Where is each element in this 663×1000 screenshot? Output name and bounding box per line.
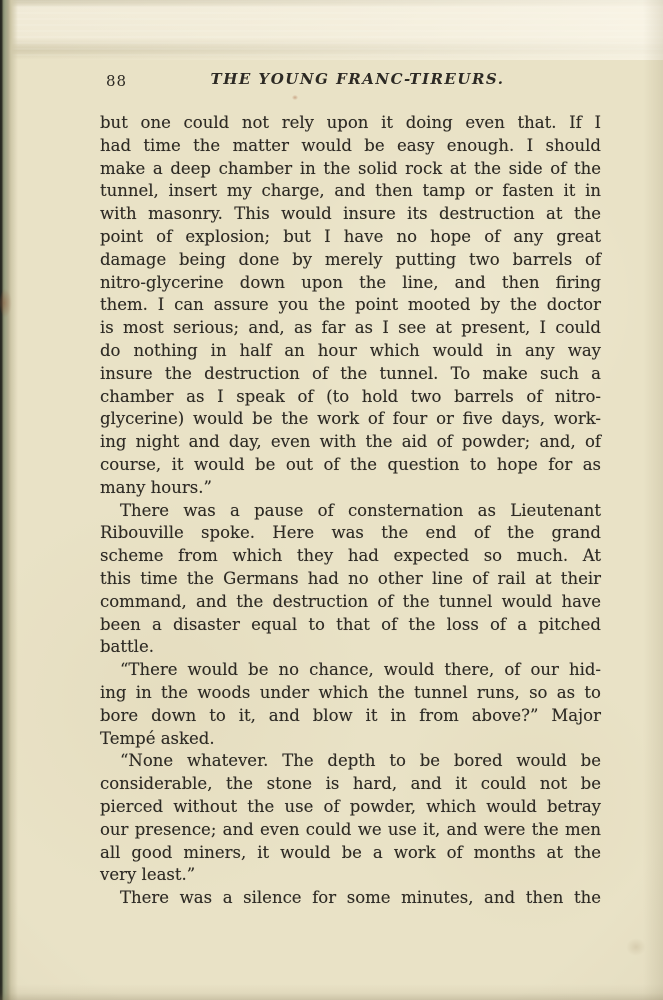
paragraph: “There would be no chance, would there, … — [100, 659, 601, 750]
text-line: There was a pause of consternation as Li… — [100, 500, 601, 523]
text-line: Tempé asked. — [100, 728, 601, 751]
book-spine-edge — [0, 0, 18, 1000]
text-line: battle. — [100, 636, 601, 659]
page-top-edge — [0, 0, 663, 60]
text-line: chamber as I speak of (to hold two barre… — [100, 386, 601, 409]
text-line: make a deep chamber in the solid rock at… — [100, 158, 601, 181]
text-line: considerable, the stone is hard, and it … — [100, 773, 601, 796]
text-line: point of explosion; but I have no hope o… — [100, 226, 601, 249]
paragraph: but one could not rely upon it doing eve… — [100, 112, 601, 500]
page-bottom-edge — [0, 984, 663, 1000]
text-line: “There would be no chance, would there, … — [100, 659, 601, 682]
text-line: “None whatever. The depth to be bored wo… — [100, 750, 601, 773]
spine-stain — [0, 288, 12, 318]
foxing-speck — [292, 95, 298, 100]
text-line: do nothing in half an hour which would i… — [100, 340, 601, 363]
page-header: 88 THE YOUNG FRANC-TIREURS. — [100, 70, 601, 94]
page-number: 88 — [106, 72, 127, 90]
text-line: insure the destruction of the tunnel. To… — [100, 363, 601, 386]
page-right-edge — [643, 0, 663, 1000]
paragraph: There was a pause of consternation as Li… — [100, 500, 601, 660]
text-line: been a disaster equal to that of the los… — [100, 614, 601, 637]
page-text: but one could not rely upon it doing eve… — [100, 112, 601, 910]
text-line: had time the matter would be easy enough… — [100, 135, 601, 158]
text-line: them. I can assure you the point mooted … — [100, 294, 601, 317]
text-line: is most serious; and, as far as I see at… — [100, 317, 601, 340]
paragraph: “None whatever. The depth to be bored wo… — [100, 750, 601, 887]
text-line: ing in the woods under which the tunnel … — [100, 682, 601, 705]
book-page-scan: 88 THE YOUNG FRANC-TIREURS. but one coul… — [0, 0, 663, 1000]
text-line: nitro-glycerine down upon the line, and … — [100, 272, 601, 295]
text-line: There was a silence for some minutes, an… — [100, 887, 601, 910]
paragraph: There was a silence for some minutes, an… — [100, 887, 601, 910]
running-header: THE YOUNG FRANC-TIREURS. — [100, 70, 601, 88]
corner-stain — [626, 938, 646, 956]
text-line: glycerine) would be the work of four or … — [100, 408, 601, 431]
text-line: tunnel, insert my charge, and then tamp … — [100, 180, 601, 203]
text-line: pierced without the use of powder, which… — [100, 796, 601, 819]
text-line: many hours.” — [100, 477, 601, 500]
text-line: all good miners, it would be a work of m… — [100, 842, 601, 865]
text-line: very least.” — [100, 864, 601, 887]
text-line: Ribouville spoke. Here was the end of th… — [100, 522, 601, 545]
text-line: scheme from which they had expected so m… — [100, 545, 601, 568]
text-line: bore down to it, and blow it in from abo… — [100, 705, 601, 728]
text-line: damage being done by merely putting two … — [100, 249, 601, 272]
text-line: with masonry. This would insure its dest… — [100, 203, 601, 226]
text-line: our presence; and even could we use it, … — [100, 819, 601, 842]
text-line: this time the Germans had no other line … — [100, 568, 601, 591]
text-line: but one could not rely upon it doing eve… — [100, 112, 601, 135]
text-line: command, and the destruction of the tunn… — [100, 591, 601, 614]
text-line: ing night and day, even with the aid of … — [100, 431, 601, 454]
text-line: course, it would be out of the question … — [100, 454, 601, 477]
